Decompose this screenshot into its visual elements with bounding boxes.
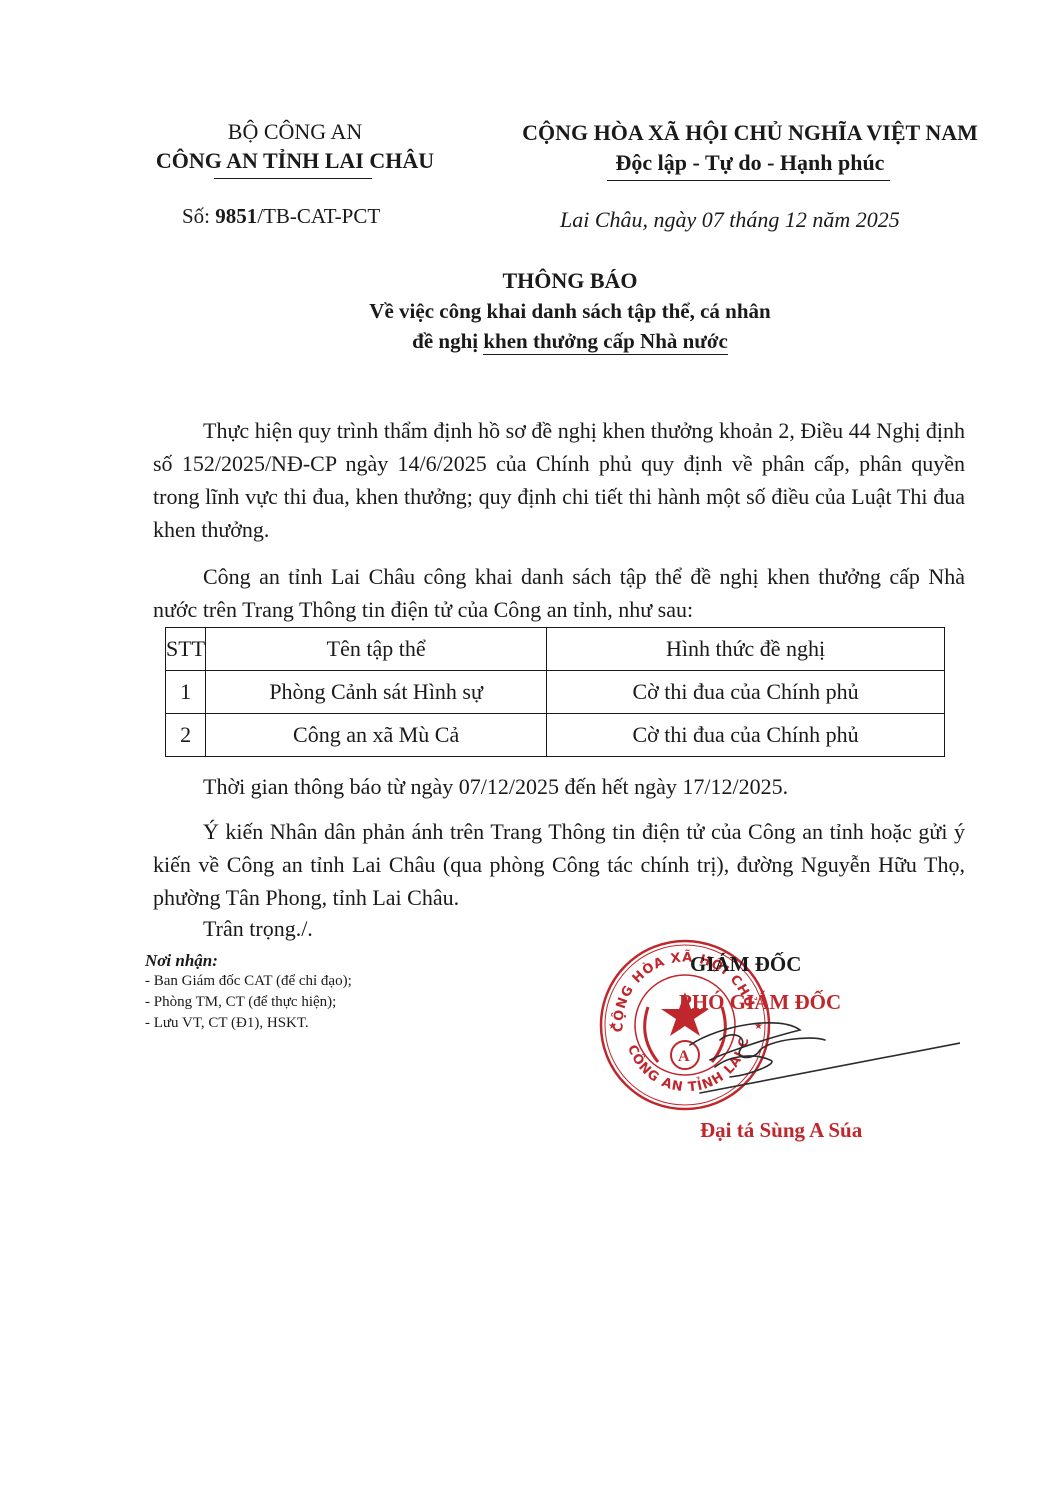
column-header-stt: STT [166, 628, 206, 671]
recipients-title: Nơi nhận: [145, 950, 352, 971]
document-number: Số: 9851/TB-CAT-PCT [182, 204, 380, 229]
subject-underlined: khen thưởng cấp Nhà nước [483, 329, 728, 355]
paragraph-announcement: Công an tỉnh Lai Châu công khai danh sác… [153, 560, 965, 626]
cell-stt: 1 [166, 671, 206, 714]
paragraph-legal-basis: Thực hiện quy trình thẩm định hồ sơ đề n… [153, 414, 965, 546]
agency-name: CÔNG AN TỈNH LAI CHÂU [130, 146, 460, 176]
place-date-line: Lai Châu, ngày 07 tháng 12 năm 2025 [560, 207, 900, 233]
doc-number-value: 9851 [215, 204, 257, 228]
closing-greeting: Trân trọng./. [153, 912, 965, 945]
recipient-item: - Ban Giám đốc CAT (để chỉ đạo); [145, 971, 352, 992]
recipient-item: - Phòng TM, CT (để thực hiện); [145, 992, 352, 1013]
document-title: THÔNG BÁO [250, 266, 890, 296]
cell-collective-name: Công an xã Mù Cả [206, 714, 547, 757]
table-header-row: STT Tên tập thể Hình thức đề nghị [166, 628, 945, 671]
ministry-name: BỘ CÔNG AN [130, 118, 460, 146]
table-row: 1 Phòng Cảnh sát Hình sự Cờ thi đua của … [166, 671, 945, 714]
recipients-block: Nơi nhận: - Ban Giám đốc CAT (để chỉ đạo… [145, 950, 352, 1034]
document-title-block: THÔNG BÁO Về việc công khai danh sách tậ… [250, 266, 890, 356]
agency-underline [214, 178, 372, 179]
document-subject-line2: đề nghị khen thưởng cấp Nhà nước [250, 326, 890, 356]
national-header-block: CỘNG HÒA XÃ HỘI CHỦ NGHĨA VIỆT NAM Độc l… [505, 118, 995, 178]
cell-collective-name: Phòng Cảnh sát Hình sự [206, 671, 547, 714]
nominee-table: STT Tên tập thể Hình thức đề nghị 1 Phòn… [165, 627, 945, 757]
motto-underline [607, 180, 890, 181]
handwritten-signature-icon [660, 1005, 960, 1095]
doc-number-label: Số: [182, 204, 215, 228]
table-row: 2 Công an xã Mù Cả Cờ thi đua của Chính … [166, 714, 945, 757]
cell-award-form: Cờ thi đua của Chính phủ [547, 671, 945, 714]
subject-prefix: đề nghị [412, 329, 483, 353]
signer-position-title: GIÁM ĐỐC [690, 952, 801, 977]
document-subject-line1: Về việc công khai danh sách tập thể, cá … [250, 296, 890, 326]
paragraph-feedback: Ý kiến Nhân dân phản ánh trên Trang Thôn… [153, 815, 965, 914]
recipient-item: - Lưu VT, CT (Đ1), HSKT. [145, 1013, 352, 1034]
column-header-award-form: Hình thức đề nghị [547, 628, 945, 671]
issuing-agency-block: BỘ CÔNG AN CÔNG AN TỈNH LAI CHÂU [130, 118, 460, 176]
signer-name: Đại tá Sùng A Súa [700, 1118, 862, 1143]
doc-number-suffix: /TB-CAT-PCT [257, 204, 380, 228]
national-motto: Độc lập - Tự do - Hạnh phúc [505, 148, 995, 178]
paragraph-notice-period: Thời gian thông báo từ ngày 07/12/2025 đ… [153, 770, 965, 803]
column-header-collective-name: Tên tập thể [206, 628, 547, 671]
nation-name: CỘNG HÒA XÃ HỘI CHỦ NGHĨA VIỆT NAM [505, 118, 995, 148]
cell-award-form: Cờ thi đua của Chính phủ [547, 714, 945, 757]
cell-stt: 2 [166, 714, 206, 757]
